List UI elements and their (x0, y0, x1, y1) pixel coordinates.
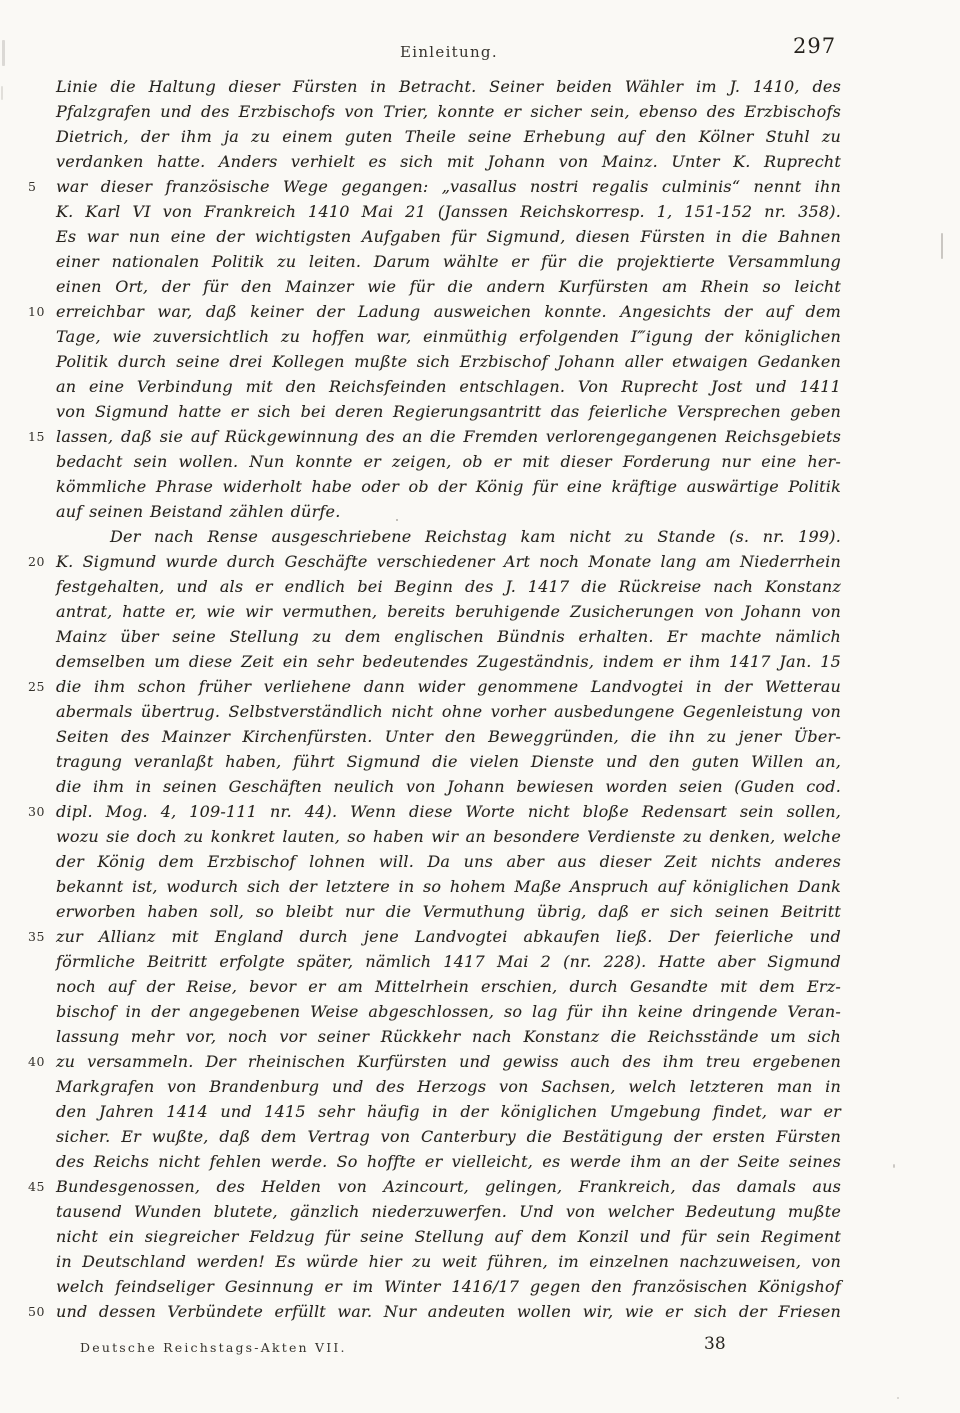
text-line: nicht ein siegreicher Feldzug für seine … (56, 1224, 841, 1249)
text-line: 5 war dieser französische Wege gegangen:… (56, 174, 841, 199)
line-text: in Deutschland werden! Es würde hier zu … (56, 1252, 841, 1271)
text-line: 30 dipl. Mog. 4, 109-111 nr. 44). Wenn d… (56, 799, 841, 824)
text-line: die ihm in seinen Geschäften neulich von… (56, 774, 841, 799)
line-text: zur Allianz mit England durch jene Landv… (56, 927, 841, 946)
scan-speckle (897, 1397, 899, 1399)
running-head-title: Einleitung. (400, 43, 498, 61)
line-text: der König dem Erzbischof lohnen will. Da… (56, 852, 841, 871)
text-line: kömmliche Phrase widerholt habe oder ob … (56, 474, 841, 499)
text-line: K. Karl VI von Frankreich 1410 Mai 21 (J… (56, 199, 841, 224)
line-text: an eine Verbindung mit den Reichsfeinden… (56, 377, 841, 396)
line-text: bischof in der angegebenen Weise abgesch… (56, 1002, 841, 1021)
line-text: förmliche Beitritt erfolgte später, näml… (56, 952, 841, 971)
line-text: und dessen Verbündete erfüllt war. Nur a… (56, 1302, 841, 1321)
line-text: einen Ort, der für den Mainzer wie für d… (56, 277, 841, 296)
text-line: verdanken hatte. Anders verhielt es sich… (56, 149, 841, 174)
text-line: abermals übertrug. Selbstverständlich ni… (56, 699, 841, 724)
text-line: auf seinen Beistand zählen dürfe. (56, 499, 841, 524)
line-text: einer nationalen Politik zu leiten. Daru… (56, 252, 841, 271)
text-line: wozu sie doch zu konkret lauten, so habe… (56, 824, 841, 849)
line-text: erreichbar war, daß keiner der Ladung au… (56, 302, 841, 321)
text-line: bekannt ist, wodurch sich der letztere i… (56, 874, 841, 899)
line-text: festgehalten, und als er endlich bei Beg… (56, 577, 841, 596)
line-text: tragung veranlaßt haben, führt Sigmund d… (56, 752, 841, 771)
line-text: K. Karl VI von Frankreich 1410 Mai 21 (J… (56, 202, 841, 221)
text-line: Seiten des Mainzer Kirchenfürsten. Unter… (56, 724, 841, 749)
line-text: bekannt ist, wodurch sich der letztere i… (56, 877, 841, 896)
line-text: von Sigmund hatte er sich bei deren Regi… (56, 402, 841, 421)
footer-sheet-number: 38 (704, 1334, 726, 1354)
line-text: auf seinen Beistand zählen dürfe. (56, 502, 341, 521)
line-text: lassen, daß sie auf Rückgewinnung des an… (56, 427, 841, 446)
line-text: verdanken hatte. Anders verhielt es sich… (56, 152, 841, 171)
text-line: 35 zur Allianz mit England durch jene La… (56, 924, 841, 949)
scan-edge-mark (941, 233, 943, 259)
line-text: wozu sie doch zu konkret lauten, so habe… (56, 827, 841, 846)
line-text: Der nach Rense ausgeschriebene Reichstag… (110, 527, 841, 546)
text-line: tausend Wunden blutete, gänzlich niederz… (56, 1199, 841, 1224)
line-text: K. Sigmund wurde durch Geschäfte verschi… (56, 552, 841, 571)
text-line: tragung veranlaßt haben, führt Sigmund d… (56, 749, 841, 774)
line-text: Linie die Haltung dieser Fürsten in Betr… (56, 77, 841, 96)
line-text: noch auf der Reise, bevor er am Mittelrh… (56, 977, 841, 996)
line-text: des Reichs nicht fehlen werde. So hoffte… (56, 1152, 841, 1171)
text-line: Dietrich, der ihm ja zu einem guten Thei… (56, 124, 841, 149)
line-text: demselben um diese Zeit ein sehr bedeute… (56, 652, 841, 671)
text-line: Der nach Rense ausgeschriebene Reichstag… (56, 524, 841, 549)
text-line: Pfalzgrafen und des Erzbischofs von Trie… (56, 99, 841, 124)
scan-speckle (469, 139, 471, 141)
line-text: abermals übertrug. Selbstverständlich ni… (56, 702, 841, 721)
text-line: 45 Bundesgenossen, des Helden von Azinco… (56, 1174, 841, 1199)
scan-speckle (893, 1164, 895, 1168)
text-line: 20 K. Sigmund wurde durch Geschäfte vers… (56, 549, 841, 574)
text-line: einen Ort, der für den Mainzer wie für d… (56, 274, 841, 299)
line-text: die ihm in seinen Geschäften neulich von… (56, 777, 841, 796)
text-line: Mainz über seine Stellung zu dem englisc… (56, 624, 841, 649)
scan-speckle (396, 519, 398, 521)
text-block: Linie die Haltung dieser Fürsten in Betr… (56, 74, 841, 1324)
line-text: sicher. Er wußte, daß dem Vertrag von Ca… (56, 1127, 841, 1146)
line-text: war dieser französische Wege gegangen: „… (56, 177, 841, 196)
text-line: bischof in der angegebenen Weise abgesch… (56, 999, 841, 1024)
margin-line-number: 10 (28, 299, 52, 324)
line-text: kömmliche Phrase widerholt habe oder ob … (56, 477, 841, 496)
text-line: 40 zu versammeln. Der rheinischen Kurfür… (56, 1049, 841, 1074)
book-page: Einleitung. 297 Linie die Haltung dieser… (0, 0, 960, 1413)
text-line: bedacht sein wollen. Nun konnte er zeige… (56, 449, 841, 474)
line-text: Politik durch seine drei Kollegen mußte … (56, 352, 841, 371)
line-text: dipl. Mog. 4, 109-111 nr. 44). Wenn dies… (56, 802, 841, 821)
text-line: welch feindseliger Gesinnung er im Winte… (56, 1274, 841, 1299)
text-line: 25 die ihm schon früher verliehene dann … (56, 674, 841, 699)
line-text: erworben haben soll, so bleibt nur die V… (56, 902, 841, 921)
margin-line-number: 50 (28, 1299, 52, 1324)
text-line: Tage, wie zuversichtlich zu hoffen war, … (56, 324, 841, 349)
text-line: Linie die Haltung dieser Fürsten in Betr… (56, 74, 841, 99)
line-text: Dietrich, der ihm ja zu einem guten Thei… (56, 127, 841, 146)
margin-line-number: 35 (28, 924, 52, 949)
line-text: Mainz über seine Stellung zu dem englisc… (56, 627, 841, 646)
text-line: 10 erreichbar war, daß keiner der Ladung… (56, 299, 841, 324)
text-line: Es war nun eine der wichtigsten Aufgaben… (56, 224, 841, 249)
margin-line-number: 45 (28, 1174, 52, 1199)
line-text: Markgrafen von Brandenburg und des Herzo… (56, 1077, 841, 1096)
margin-line-number: 15 (28, 424, 52, 449)
text-line: noch auf der Reise, bevor er am Mittelrh… (56, 974, 841, 999)
text-line: an eine Verbindung mit den Reichsfeinden… (56, 374, 841, 399)
text-line: erworben haben soll, so bleibt nur die V… (56, 899, 841, 924)
line-text: zu versammeln. Der rheinischen Kurfürste… (56, 1052, 841, 1071)
line-text: Bundesgenossen, des Helden von Azincourt… (56, 1177, 841, 1196)
margin-line-number: 20 (28, 549, 52, 574)
text-line: einer nationalen Politik zu leiten. Daru… (56, 249, 841, 274)
line-text: den Jahren 1414 und 1415 sehr häufig in … (56, 1102, 841, 1121)
scan-edge-mark (1, 86, 3, 100)
margin-line-number: 30 (28, 799, 52, 824)
text-line: den Jahren 1414 und 1415 sehr häufig in … (56, 1099, 841, 1124)
margin-line-number: 25 (28, 674, 52, 699)
page-number: 297 (793, 34, 836, 58)
text-line: antrat, hatte er, wie wir vermuthen, ber… (56, 599, 841, 624)
line-text: antrat, hatte er, wie wir vermuthen, ber… (56, 602, 841, 621)
text-line: festgehalten, und als er endlich bei Beg… (56, 574, 841, 599)
text-line: lassung mehr vor, noch vor seiner Rückke… (56, 1024, 841, 1049)
text-line: Markgrafen von Brandenburg und des Herzo… (56, 1074, 841, 1099)
line-text: lassung mehr vor, noch vor seiner Rückke… (56, 1027, 841, 1046)
line-text: tausend Wunden blutete, gänzlich niederz… (56, 1202, 841, 1221)
line-text: Es war nun eine der wichtigsten Aufgaben… (56, 227, 841, 246)
text-line: in Deutschland werden! Es würde hier zu … (56, 1249, 841, 1274)
text-line: 50 und dessen Verbündete erfüllt war. Nu… (56, 1299, 841, 1324)
text-line: des Reichs nicht fehlen werde. So hoffte… (56, 1149, 841, 1174)
text-line: 15 lassen, daß sie auf Rückgewinnung des… (56, 424, 841, 449)
line-text: nicht ein siegreicher Feldzug für seine … (56, 1227, 841, 1246)
text-line: der König dem Erzbischof lohnen will. Da… (56, 849, 841, 874)
text-line: von Sigmund hatte er sich bei deren Regi… (56, 399, 841, 424)
line-text: welch feindseliger Gesinnung er im Winte… (56, 1277, 841, 1296)
margin-line-number: 40 (28, 1049, 52, 1074)
footer-volume-label: Deutsche Reichstags-Akten VII. (80, 1340, 347, 1355)
line-text: bedacht sein wollen. Nun konnte er zeige… (56, 452, 841, 471)
margin-line-number: 5 (28, 174, 52, 199)
line-text: Pfalzgrafen und des Erzbischofs von Trie… (56, 102, 841, 121)
text-line: Politik durch seine drei Kollegen mußte … (56, 349, 841, 374)
text-line: förmliche Beitritt erfolgte später, näml… (56, 949, 841, 974)
text-line: sicher. Er wußte, daß dem Vertrag von Ca… (56, 1124, 841, 1149)
scan-edge-mark (2, 40, 5, 66)
line-text: Seiten des Mainzer Kirchenfürsten. Unter… (56, 727, 841, 746)
line-text: die ihm schon früher verliehene dann wid… (56, 677, 841, 696)
line-text: Tage, wie zuversichtlich zu hoffen war, … (56, 327, 841, 346)
text-line: demselben um diese Zeit ein sehr bedeute… (56, 649, 841, 674)
